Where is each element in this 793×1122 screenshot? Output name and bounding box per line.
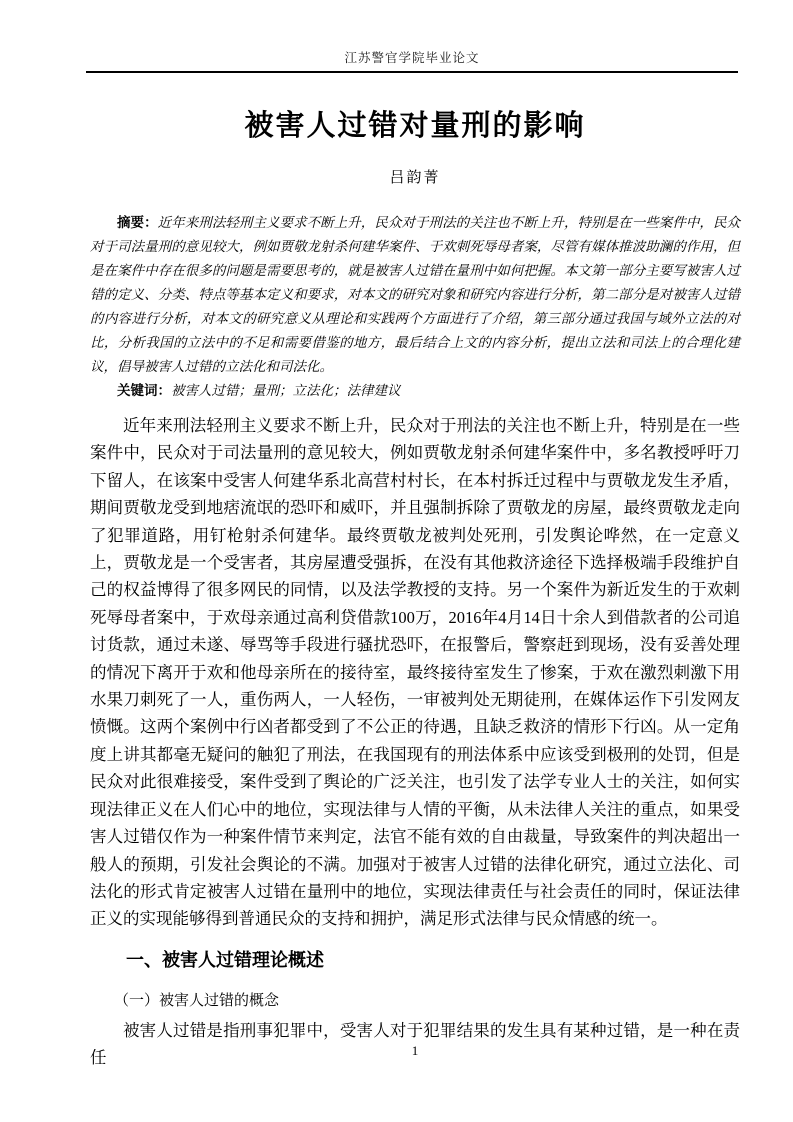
keywords-paragraph: 关键词：被害人过错；量刑；立法化；法律建议 — [90, 379, 740, 403]
section-1-1-subheading: （一）被害人过错的概念 — [90, 989, 740, 1010]
keywords-text: 被害人过错；量刑；立法化；法律建议 — [171, 383, 401, 398]
section-1-heading: 一、被害人过错理论概述 — [90, 946, 740, 972]
document-page: 江苏警官学院毕业论文 被害人过错对量刑的影响 吕韵菁 摘要：近年来刑法轻刑主义要… — [0, 0, 793, 1122]
page-content: 被害人过错对量刑的影响 吕韵菁 摘要：近年来刑法轻刑主义要求不断上升，民众对于刑… — [0, 103, 793, 1072]
abstract-block: 摘要：近年来刑法轻刑主义要求不断上升，民众对于刑法的关注也不断上升，特别是在一些… — [90, 211, 740, 403]
keywords-label: 关键词： — [117, 383, 171, 398]
header-title: 江苏警官学院毕业论文 — [86, 48, 738, 66]
page-header: 江苏警官学院毕业论文 — [86, 0, 738, 73]
page-number: 1 — [90, 1043, 740, 1059]
abstract-paragraph: 摘要：近年来刑法轻刑主义要求不断上升，民众对于刑法的关注也不断上升，特别是在一些… — [90, 211, 740, 379]
abstract-text: 近年来刑法轻刑主义要求不断上升，民众对于刑法的关注也不断上升，特别是在一些案件中… — [90, 215, 740, 374]
doc-title: 被害人过错对量刑的影响 — [90, 103, 740, 144]
author-name: 吕韵菁 — [90, 166, 740, 187]
body-paragraph-1: 近年来刑法轻刑主义要求不断上升，民众对于刑法的关注也不断上升，特别是在一些案件中… — [90, 412, 740, 933]
abstract-label: 摘要： — [117, 215, 158, 230]
